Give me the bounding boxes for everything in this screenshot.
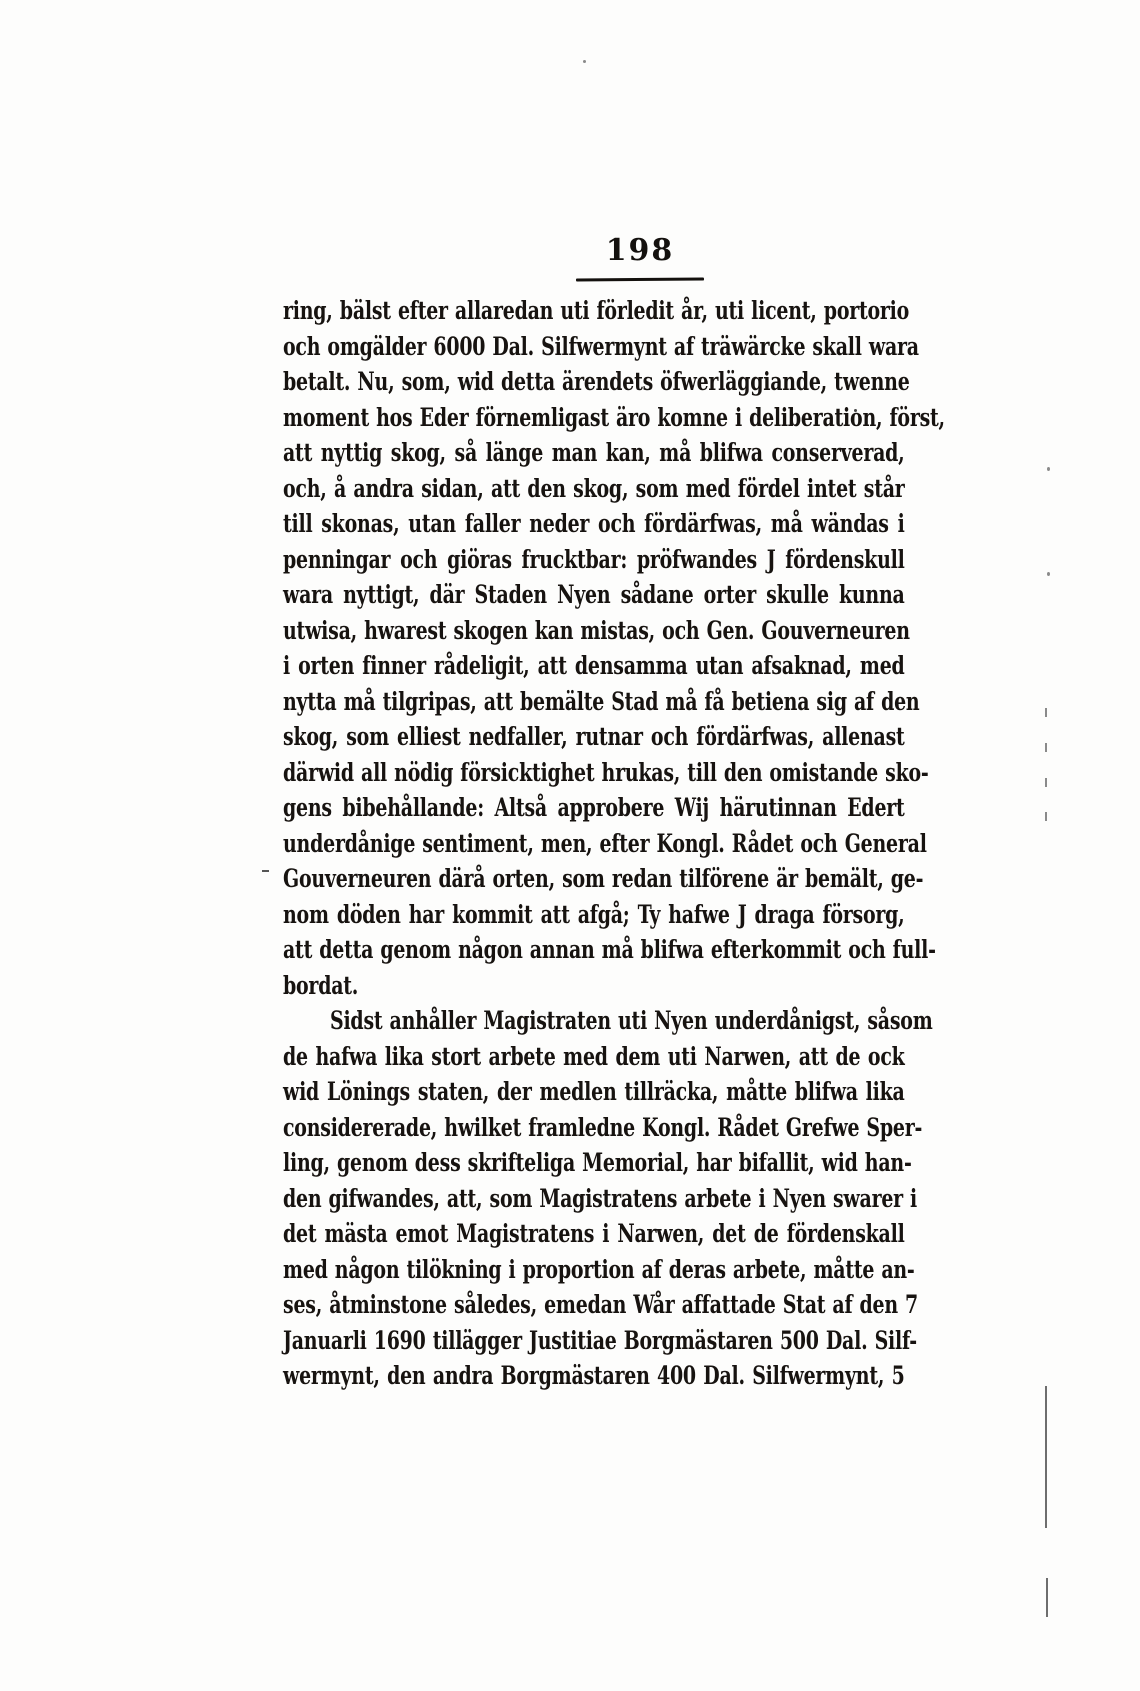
text-line: utwisa, hwarest skogen kan mistas, och G… [283, 613, 905, 649]
text-line: Gouverneuren därå orten, som redan tilfö… [283, 861, 905, 897]
scan-artifact-speck [854, 409, 857, 412]
scan-artifact-tick [1045, 778, 1047, 787]
text-line: wid Lönings staten, der medlen tillräcka… [283, 1074, 905, 1110]
text-line: wermynt, den andra Borgmästaren 400 Dal.… [283, 1358, 905, 1394]
text-line: nom döden har kommit att afgå; Ty hafwe … [283, 897, 905, 933]
text-line: Januarli 1690 tillägger Justitiae Borgmä… [283, 1323, 905, 1359]
text-line: i orten finner rådeligit, att densamma u… [283, 648, 905, 684]
text-line: ses, åtminstone således, emedan Wår affa… [283, 1287, 905, 1323]
text-line: bordat. [283, 968, 905, 1004]
scan-artifact-line [1046, 1578, 1048, 1617]
text-line: och omgälder 6000 Dal. Silfwermynt af tr… [283, 329, 905, 365]
text-line: gens bibehållande: Altså approbere Wij h… [283, 790, 905, 826]
text-line: att detta genom någon annan må blifwa ef… [283, 932, 905, 968]
text-line: ling, genom dess skrifteliga Memorial, h… [283, 1145, 905, 1181]
scan-artifact-tick [1045, 812, 1047, 821]
scan-artifact-tick [1045, 708, 1047, 717]
text-line: de hafwa lika stort arbete med dem uti N… [283, 1039, 905, 1075]
text-line: underdånige sentiment, men, efter Kongl.… [283, 826, 905, 862]
text-line: considererade, hwilket framledne Kongl. … [283, 1110, 905, 1146]
text-line: och, å andra sidan, att den skog, som me… [283, 471, 905, 507]
book-page-scan: 198 ring, bälst efter allaredan uti förl… [0, 0, 1140, 1691]
scan-artifact-line [1045, 1386, 1047, 1528]
page-number: 198 [578, 233, 702, 268]
text-line: penningar och giöras frucktbar: pröfwand… [283, 542, 905, 578]
text-line: betalt. Nu, som, wid detta ärendets öfwe… [283, 364, 905, 400]
text-line: nytta må tilgripas, att bemälte Stad må … [283, 684, 905, 720]
text-line: wara nyttigt, där Staden Nyen sådane ort… [283, 577, 905, 613]
text-line: därwid all nödig försicktighet hrukas, t… [283, 755, 905, 791]
scan-artifact-speck [1047, 467, 1050, 471]
text-line: att nyttig skog, så länge man kan, må bl… [283, 435, 905, 471]
scan-artifact-speck [583, 60, 586, 63]
text-line: den gifwandes, att, som Magistratens arb… [283, 1181, 905, 1217]
text-block: ring, bälst efter allaredan uti förledit… [283, 293, 905, 1394]
text-line: ring, bälst efter allaredan uti förledit… [283, 293, 905, 329]
text-line: till skonas, utan faller neder och fördä… [283, 506, 905, 542]
scan-artifact-tick [1045, 743, 1047, 752]
text-line: moment hos Eder förnemligast äro komne i… [283, 400, 905, 436]
text-line: skog, som elliest nedfaller, rutnar och … [283, 719, 905, 755]
text-line: Sidst anhåller Magistraten uti Nyen unde… [283, 1003, 905, 1039]
scan-artifact-speck [1047, 572, 1050, 576]
scan-artifact-dash [262, 870, 269, 872]
text-line: det mästa emot Magistratens i Narwen, de… [283, 1216, 905, 1252]
page-number-rule [576, 278, 704, 282]
text-line: med någon tilökning i proportion af dera… [283, 1252, 905, 1288]
